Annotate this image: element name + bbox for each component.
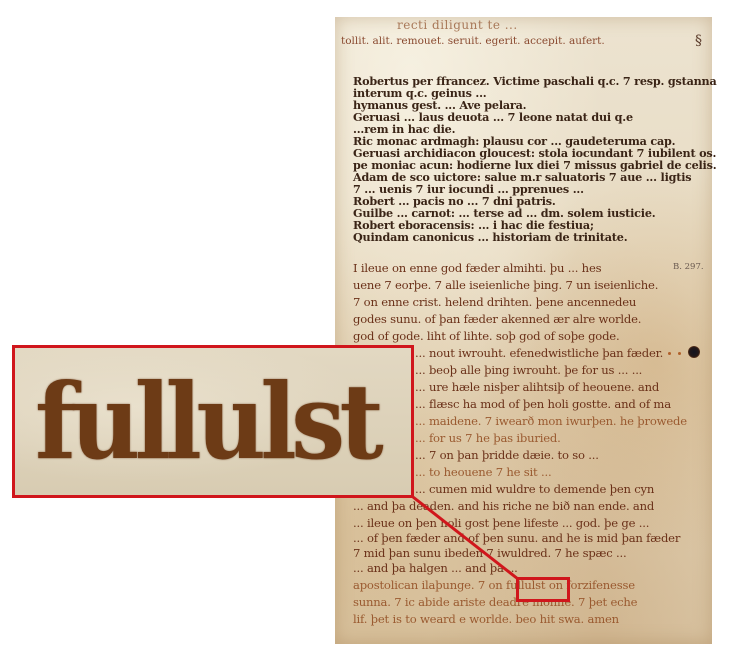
english-line: ... 7 on þan þridde dæie. to so ... — [415, 449, 599, 462]
english-line: ... to heouene 7 he sit ... — [415, 466, 551, 479]
magnified-word: fullulst — [35, 362, 378, 482]
manuscript-page: tollit. alit. remouet. seruit. egerit. a… — [335, 17, 712, 644]
latin-line: Quindam canonicus ... historiam de trini… — [353, 231, 627, 244]
english-line: ... flæsc ha mod of þen holi gostte. and… — [415, 398, 671, 411]
english-line: ... for us 7 he þas iburied. — [415, 432, 561, 445]
english-line: god of gode. liht of lihte. soþ god of s… — [353, 330, 619, 343]
english-line: apostolican ilaþunge. 7 on fullulst on f… — [353, 579, 635, 592]
english-line: ... of þen fæder and of þen sunu. and he… — [353, 532, 680, 545]
magnified-callout: fullulst — [12, 345, 414, 498]
stain-dot — [668, 352, 671, 355]
english-line: sunna. 7 ic abide ariste deadre monne. 7… — [353, 596, 637, 609]
manuscript-header-line: tollit. alit. remouet. seruit. egerit. a… — [341, 35, 605, 47]
english-line: ... ure hæle nisþer alihtsiþ of heouene.… — [415, 381, 659, 394]
english-line: ... nout iwrouht. efenedwistliche þan fæ… — [415, 347, 663, 360]
english-line: ... and þa halgen ... and þa ... — [353, 562, 518, 575]
highlight-box — [516, 577, 570, 602]
english-line: ... beoþ alle þing iwrouht. þe for us ..… — [415, 364, 642, 377]
english-line: ... maidene. 7 iwearð mon iwurþen. he þr… — [415, 415, 687, 428]
manuscript-header-faded: recti diligunt te ... — [397, 18, 518, 32]
english-line: ... cumen mid wuldre to demende þen cyn — [415, 483, 654, 496]
english-line: uene 7 eorþe. 7 alle iseienliche þing. 7… — [353, 279, 658, 292]
english-line: ... ileue on þen holi gost þene lifeste … — [353, 517, 649, 530]
stain-dot — [678, 352, 681, 355]
folio-number: B. 297. — [673, 262, 704, 272]
burn-hole — [688, 346, 700, 358]
english-line: 7 on enne crist. helend drihten. þene an… — [353, 296, 636, 309]
english-line: ... and þa deaden. and his riche ne bið … — [353, 500, 654, 513]
english-line: 7 mid þan sunu ibeden 7 iwuldred. 7 he s… — [353, 547, 626, 560]
english-line: lif. þet is to weard e worlde. beo hit s… — [353, 613, 619, 626]
english-line: godes sunu. of þan fæder akenned ær alre… — [353, 313, 641, 326]
english-line: I ileue on enne god fæder almihti. þu ..… — [353, 262, 601, 275]
section-mark-icon: § — [695, 33, 702, 49]
